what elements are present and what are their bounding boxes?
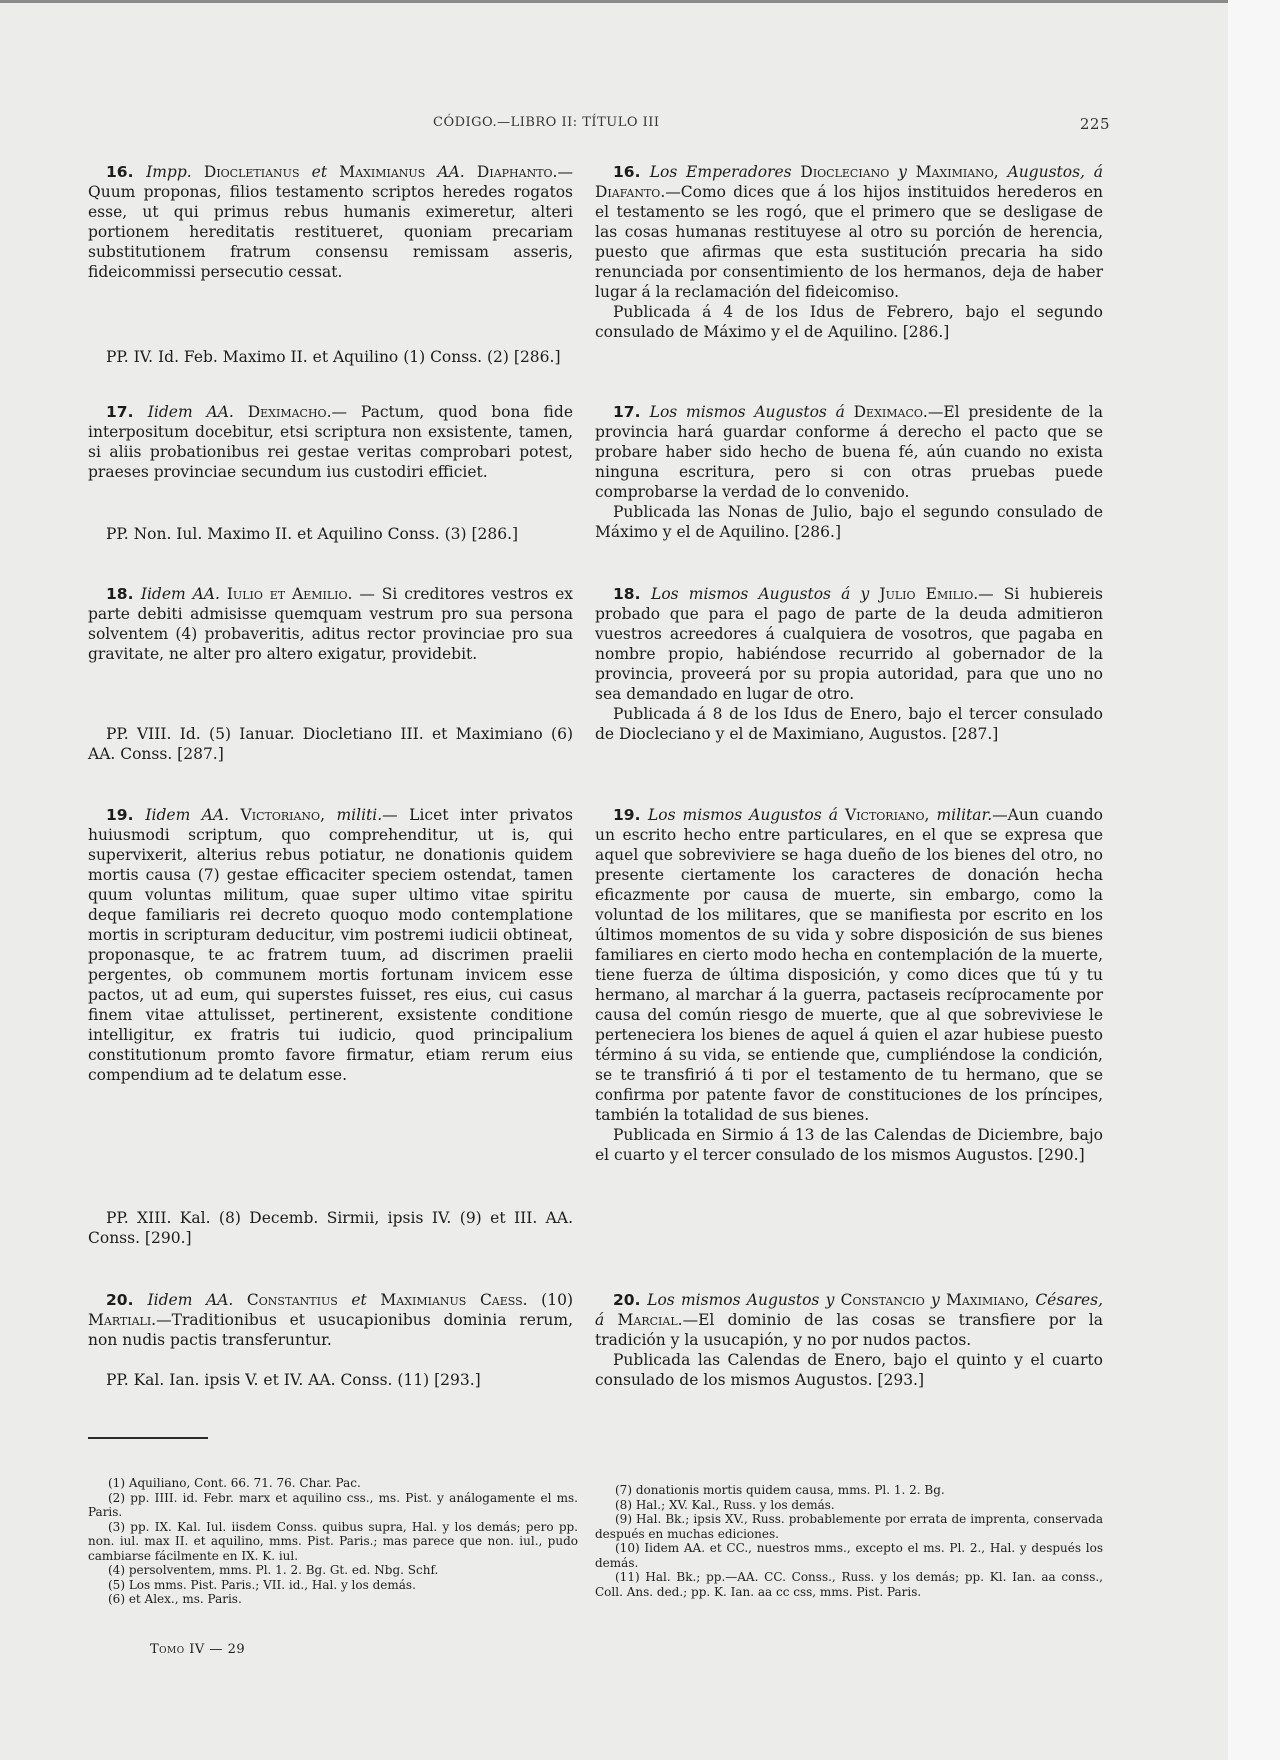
- emperor-intro: Iidem AA.: [148, 403, 248, 421]
- entry-text: 17. Iidem AA. Deximacho.— Pactum, quod b…: [88, 402, 573, 482]
- volume-signature: Tomo IV — 29: [150, 1642, 245, 1657]
- entry-text: 16. Impp. Diocletianus et Maximianus AA.…: [88, 162, 573, 282]
- body-text: —Aun cuando un escrito hecho entre parti…: [595, 806, 1103, 1124]
- conjunction: y: [931, 1291, 946, 1309]
- publication-note: Publicada en Sirmio á 13 de las Calendas…: [595, 1125, 1103, 1165]
- emperor-name: Maximianus: [339, 163, 437, 181]
- entry-text: PP. XIII. Kal. (8) Decemb. Sirmii, ipsis…: [88, 1208, 573, 1248]
- entry-text: 19. Iidem AA. Victoriano, militi.— Licet…: [88, 805, 573, 1085]
- latin-entry: PP. Non. Iul. Maximo II. et Aquilino Con…: [88, 524, 573, 544]
- subscription-text: PP. XIII. Kal. (8) Decemb. Sirmii, ipsis…: [88, 1209, 573, 1247]
- emperor-name: Constancio: [841, 1291, 931, 1309]
- law-number: 19.: [106, 806, 145, 824]
- law-number: 19.: [613, 806, 648, 824]
- entry-text: PP. Kal. Ian. ipsis V. et IV. AA. Conss.…: [88, 1370, 573, 1390]
- emperor-name: Diocletianus: [204, 163, 312, 181]
- entry-text: PP. IV. Id. Feb. Maximo II. et Aquilino …: [88, 347, 573, 367]
- addressee: Victoriano,: [845, 806, 936, 824]
- emperor-intro: Iidem AA.: [148, 1291, 247, 1309]
- emperor-intro: Iidem AA.: [145, 806, 240, 824]
- law-number: 18.: [106, 585, 141, 603]
- entry-text: 20. Iidem AA. Constantius et Maximianus …: [88, 1290, 573, 1350]
- emperor-name: Maximiano,: [946, 1291, 1035, 1309]
- entry-text: 20. Los mismos Augustos y Constancio y M…: [595, 1290, 1103, 1350]
- footnote: (8) Hal.; XV. Kal., Russ. y los demás.: [595, 1498, 1103, 1513]
- law-number: 17.: [613, 403, 650, 421]
- body-text: — Licet inter privatos huiusmodi scriptu…: [88, 806, 573, 1084]
- footnote: (10) Iidem AA. et CC., nuestros mms., ex…: [595, 1541, 1103, 1570]
- latin-entry: PP. VIII. Id. (5) Ianuar. Diocletiano II…: [88, 724, 573, 764]
- addressee: Deximacho.: [248, 403, 332, 421]
- subscription-text: PP. VIII. Id. (5) Ianuar. Diocletiano II…: [88, 725, 573, 763]
- publication-note: Publicada á 4 de los Idus de Febrero, ba…: [595, 302, 1103, 342]
- addressee: Marcial.: [618, 1311, 683, 1329]
- page-top-border: [0, 0, 1228, 3]
- addressee: Julio: [879, 585, 925, 603]
- law-number: 17.: [106, 403, 148, 421]
- footnote-rule: [88, 1437, 208, 1439]
- footnotes-left: (1) Aquiliano, Cont. 66. 71. 76. Char. P…: [88, 1476, 578, 1607]
- latin-entry: 17. Iidem AA. Deximacho.— Pactum, quod b…: [88, 402, 573, 482]
- body-text: —Traditionibus et usucapionibus dominia …: [88, 1311, 573, 1349]
- spanish-entry: 18. Los mismos Augustos á y Julio Emilio…: [595, 584, 1103, 744]
- law-number: 18.: [613, 585, 651, 603]
- conjunction: et: [351, 1291, 380, 1309]
- latin-entry: 20. Iidem AA. Constantius et Maximianus …: [88, 1290, 573, 1350]
- spanish-entry: 20. Los mismos Augustos y Constancio y M…: [595, 1290, 1103, 1390]
- addressee: Emilio.: [926, 585, 979, 603]
- running-title: CÓDIGO.—LIBRO II: TÍTULO III: [433, 115, 660, 130]
- entry-text: PP. Non. Iul. Maximo II. et Aquilino Con…: [88, 524, 573, 544]
- body-text: —Como dices que á los hijos instituidos …: [595, 183, 1103, 301]
- conjunction: y: [898, 163, 916, 181]
- spanish-entry: 17. Los mismos Augustos á Deximaco.—El p…: [595, 402, 1103, 542]
- emperor-intro: Iidem AA.: [141, 585, 227, 603]
- emperor-intro: Los Emperadores: [650, 163, 801, 181]
- addressee: Martiali.: [88, 1311, 156, 1329]
- page-edge: [1228, 0, 1280, 1760]
- footnotes-right: (7) donationis mortis quidem causa, mms.…: [595, 1483, 1103, 1599]
- entry-text: 18. Iidem AA. Iulio et Aemilio. — Si cre…: [88, 584, 573, 664]
- footnote: (4) persolventem, mms. Pl. 1. 2. Bg. Gt.…: [88, 1563, 578, 1578]
- caesars: Caess. (10): [480, 1291, 573, 1309]
- entry-text: 19. Los mismos Augustos á Victoriano, mi…: [595, 805, 1103, 1125]
- addressee: Diaphanto.: [477, 163, 558, 181]
- footnote: (9) Hal. Bk.; ipsis XV., Russ. probablem…: [595, 1512, 1103, 1541]
- spanish-entry: 19. Los mismos Augustos á Victoriano, mi…: [595, 805, 1103, 1165]
- entry-text: 16. Los Emperadores Diocleciano y Maximi…: [595, 162, 1103, 302]
- law-number: 16.: [613, 163, 650, 181]
- footnote: (2) pp. IIII. id. Febr. marx et aquilino…: [88, 1491, 578, 1520]
- addressee: Iulio et Aemilio.: [227, 585, 353, 603]
- page-number: 225: [1080, 115, 1110, 133]
- footnote: (1) Aquiliano, Cont. 66. 71. 76. Char. P…: [88, 1476, 578, 1491]
- spanish-entry: 16. Los Emperadores Diocleciano y Maximi…: [595, 162, 1103, 342]
- emperor-name: Constantius: [247, 1291, 351, 1309]
- emperor-intro: Los mismos Augustos y: [647, 1291, 840, 1309]
- latin-entry: 16. Impp. Diocletianus et Maximianus AA.…: [88, 162, 573, 282]
- conjunction: y: [860, 585, 879, 603]
- title-abbrev: AA.: [437, 163, 477, 181]
- emperor-title: Augustos, á: [1008, 163, 1104, 181]
- running-header: CÓDIGO.—LIBRO II: TÍTULO III 225: [88, 115, 1110, 135]
- footnote: (3) pp. IX. Kal. Iul. iisdem Conss. quib…: [88, 1520, 578, 1564]
- entry-text: 17. Los mismos Augustos á Deximaco.—El p…: [595, 402, 1103, 502]
- addressee: Deximaco.: [854, 403, 928, 421]
- law-number: 16.: [106, 163, 146, 181]
- footnote: (5) Los mms. Pist. Paris.; VII. id., Hal…: [88, 1578, 578, 1593]
- footnote: (7) donationis mortis quidem causa, mms.…: [595, 1483, 1103, 1498]
- subscription-text: PP. Non. Iul. Maximo II. et Aquilino Con…: [106, 525, 518, 543]
- latin-entry: 18. Iidem AA. Iulio et Aemilio. — Si cre…: [88, 584, 573, 664]
- emperor-intro: Impp.: [146, 163, 204, 181]
- law-number: 20.: [106, 1291, 148, 1309]
- footnote: (11) Hal. Bk.; pp.—AA. CC. Conss., Russ.…: [595, 1570, 1103, 1599]
- law-number: 20.: [613, 1291, 647, 1309]
- emperor-intro: Los mismos Augustos á: [648, 806, 845, 824]
- publication-note: Publicada las Nonas de Julio, bajo el se…: [595, 502, 1103, 542]
- emperor-name: Maximiano,: [916, 163, 1008, 181]
- latin-entry: PP. XIII. Kal. (8) Decemb. Sirmii, ipsis…: [88, 1208, 573, 1248]
- publication-note: Publicada las Calendas de Enero, bajo el…: [595, 1350, 1103, 1390]
- subscription-text: PP. Kal. Ian. ipsis V. et IV. AA. Conss.…: [106, 1371, 481, 1389]
- entry-text: 18. Los mismos Augustos á y Julio Emilio…: [595, 584, 1103, 704]
- conjunction: et: [312, 163, 340, 181]
- emperor-intro: Los mismos Augustos á: [651, 585, 860, 603]
- addressee-rank: militar.: [936, 806, 992, 824]
- latin-entry: 19. Iidem AA. Victoriano, militi.— Licet…: [88, 805, 573, 1085]
- addressee: Diafanto.: [595, 183, 665, 201]
- emperor-intro: Los mismos Augustos á: [650, 403, 854, 421]
- latin-entry: PP. IV. Id. Feb. Maximo II. et Aquilino …: [88, 347, 573, 367]
- latin-entry: PP. Kal. Ian. ipsis V. et IV. AA. Conss.…: [88, 1370, 573, 1390]
- footnote: (6) et Alex., ms. Paris.: [88, 1592, 578, 1607]
- emperor-name: Maximianus: [380, 1291, 480, 1309]
- emperor-name: Diocleciano: [800, 163, 898, 181]
- publication-note: Publicada á 8 de los Idus de Enero, bajo…: [595, 704, 1103, 744]
- subscription-text: PP. IV. Id. Feb. Maximo II. et Aquilino …: [106, 348, 561, 366]
- addressee-rank: militi.: [336, 806, 382, 824]
- addressee: Victoriano,: [241, 806, 337, 824]
- entry-text: PP. VIII. Id. (5) Ianuar. Diocletiano II…: [88, 724, 573, 764]
